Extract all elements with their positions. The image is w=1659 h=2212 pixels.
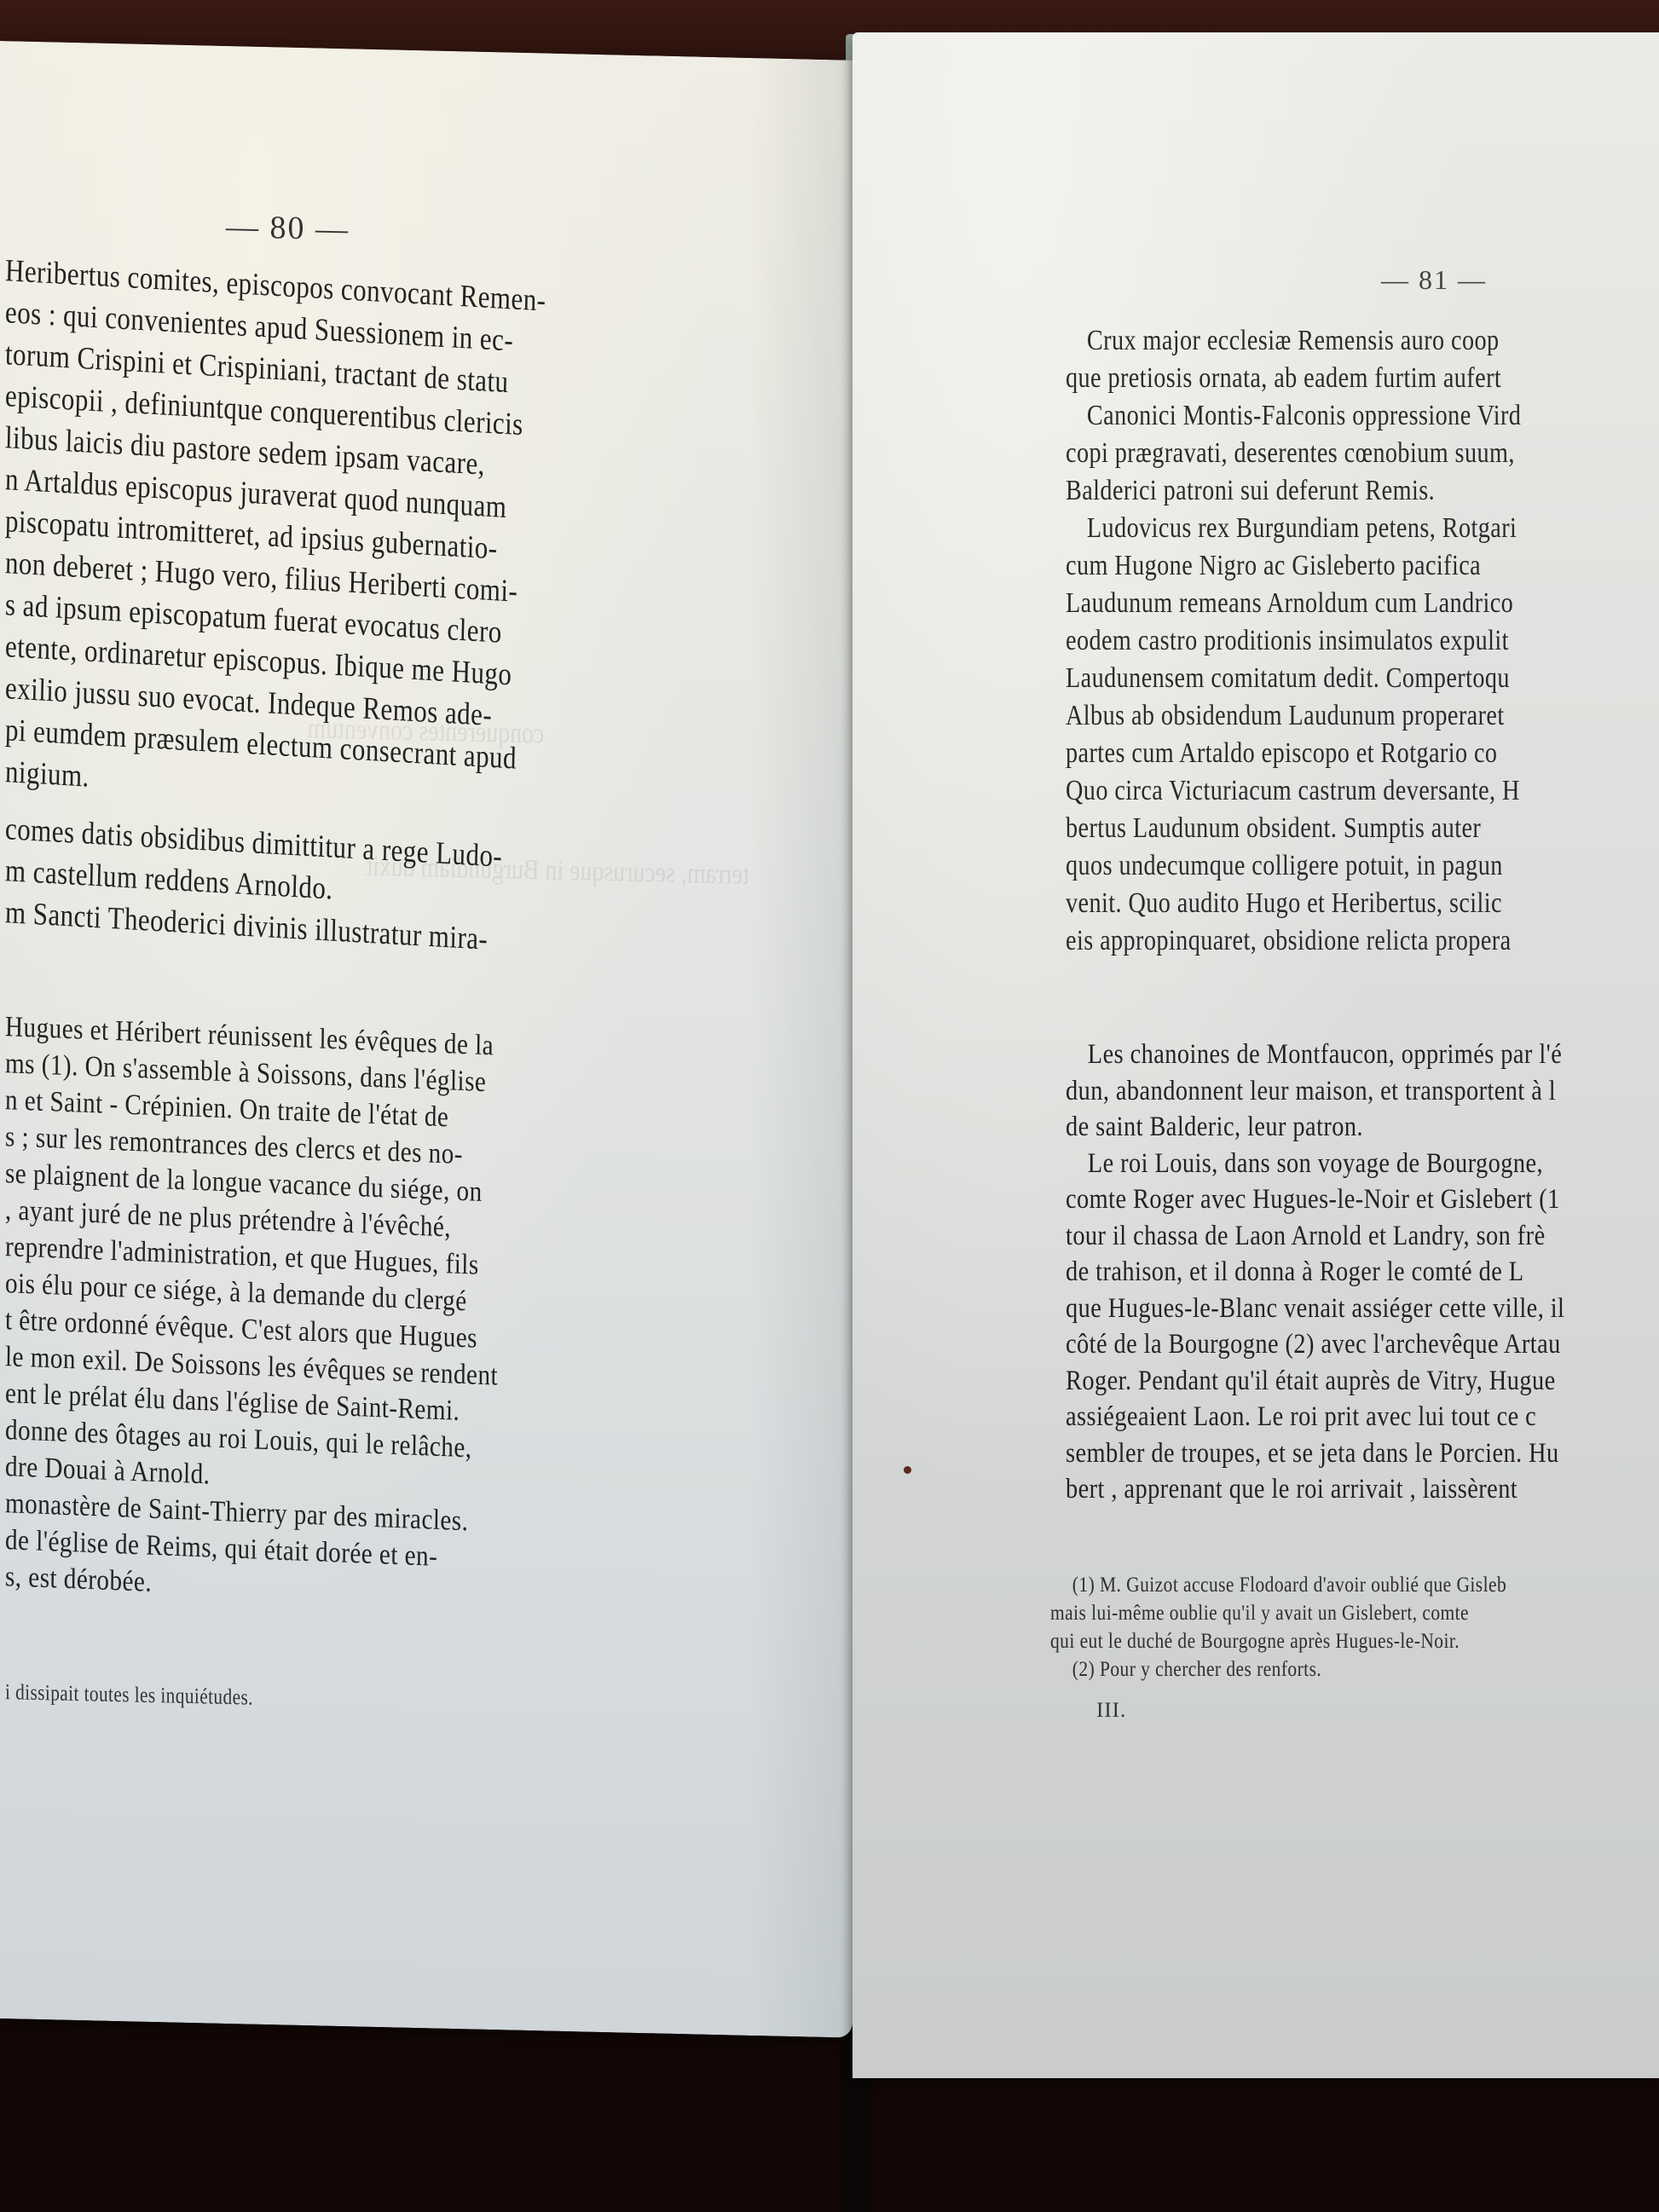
footnote-left: i dissipait toutes les inquiétudes. <box>5 1678 308 1713</box>
footnote-line: mais lui-même oublie qu'il y avait un Gi… <box>1050 1599 1506 1627</box>
text-line: venit. Quo audito Hugo et Heribertus, sc… <box>1066 885 1521 922</box>
text-line: Les chanoines de Montfaucon, opprimés pa… <box>1066 1037 1564 1073</box>
text-line: Albus ab obsidendum Laudunum properaret <box>1066 697 1521 735</box>
text-line: Laudunum remeans Arnoldum cum Landrico <box>1066 585 1521 622</box>
text-line: tour il chassa de Laon Arnold et Landry,… <box>1066 1218 1564 1255</box>
right-page: — 81 — Crux major ecclesiæ Remensis auro… <box>853 32 1659 2078</box>
french-text-left: Hugues et Héribert réunissent les évêque… <box>5 1008 578 1608</box>
page-number-left: — 80 — <box>226 208 350 248</box>
text-line: comte Roger avec Hugues-le-Noir et Gisle… <box>1066 1181 1564 1218</box>
text-line: sembler de troupes, et se jeta dans le P… <box>1066 1435 1564 1472</box>
ink-spot <box>904 1466 911 1474</box>
text-line: quos undecumque colligere potuit, in pag… <box>1066 847 1521 885</box>
text-line: Roger. Pendant qu'il était auprès de Vit… <box>1066 1363 1564 1400</box>
text-line: Le roi Louis, dans son voyage de Bourgog… <box>1066 1146 1564 1182</box>
footnote-line: qui eut le duché de Bourgogne après Hugu… <box>1050 1627 1506 1655</box>
text-line: dun, abandonnent leur maison, et transpo… <box>1066 1073 1564 1110</box>
text-line: eis appropinquaret, obsidione relicta pr… <box>1066 922 1521 960</box>
text-line: Balderici patroni sui deferunt Remis. <box>1066 472 1521 510</box>
text-line: Crux major ecclesiæ Remensis auro coop <box>1066 322 1521 360</box>
text-line: partes cum Artaldo episcopo et Rotgario … <box>1066 735 1521 772</box>
footnote-line: (1) M. Guizot accuse Flodoard d'avoir ou… <box>1050 1571 1506 1599</box>
text-line: copi prægravati, deserentes cœnobium suu… <box>1066 435 1521 472</box>
french-text-right: Les chanoines de Montfaucon, opprimés pa… <box>1066 1037 1646 1508</box>
footnote-line: i dissipait toutes les inquiétudes. <box>5 1678 253 1712</box>
text-line: bertus Laudunum obsident. Sumptis auter <box>1066 810 1521 847</box>
page-number-right: — 81 — <box>1381 264 1487 296</box>
text-line: assiégeaient Laon. Le roi prit avec lui … <box>1066 1399 1564 1435</box>
left-page: conquerentes conventum terram, securusqu… <box>0 41 853 2038</box>
text-line: Ludovicus rex Burgundiam petens, Rotgari <box>1066 510 1521 547</box>
text-line: que pretiosis ornata, ab eadem furtim au… <box>1066 360 1521 397</box>
text-line: Canonici Montis-Falconis oppressione Vir… <box>1066 397 1521 435</box>
latin-text-left: Heribertus comites, episcopos convocant … <box>5 250 650 948</box>
text-line: de trahison, et il donna à Roger le comt… <box>1066 1254 1564 1291</box>
text-line: cum Hugone Nigro ac Gisleberto pacifica <box>1066 547 1521 585</box>
latin-text-right: Crux major ecclesiæ Remensis auro coop q… <box>1066 322 1615 960</box>
text-line: bert , apprenant que le roi arrivait , l… <box>1066 1471 1564 1508</box>
footnotes-right: (1) M. Guizot accuse Flodoard d'avoir ou… <box>1050 1571 1581 1684</box>
text-line: de saint Balderic, leur patron. <box>1066 1109 1564 1146</box>
text-line: côté de la Bourgogne (2) avec l'archevêq… <box>1066 1326 1564 1363</box>
text-line: eodem castro proditionis insimulatos exp… <box>1066 622 1521 660</box>
signature-mark: III. <box>1096 1699 1126 1723</box>
text-line: que Hugues-le-Blanc venait assiéger cett… <box>1066 1291 1564 1327</box>
text-line: Quo circa Victuriacum castrum deversante… <box>1066 772 1521 810</box>
text-line: Laudunensem comitatum dedit. Compertoqu <box>1066 660 1521 697</box>
footnote-line: (2) Pour y chercher des renforts. <box>1050 1655 1506 1684</box>
photo-scene: conquerentes conventum terram, securusqu… <box>0 0 1659 2212</box>
